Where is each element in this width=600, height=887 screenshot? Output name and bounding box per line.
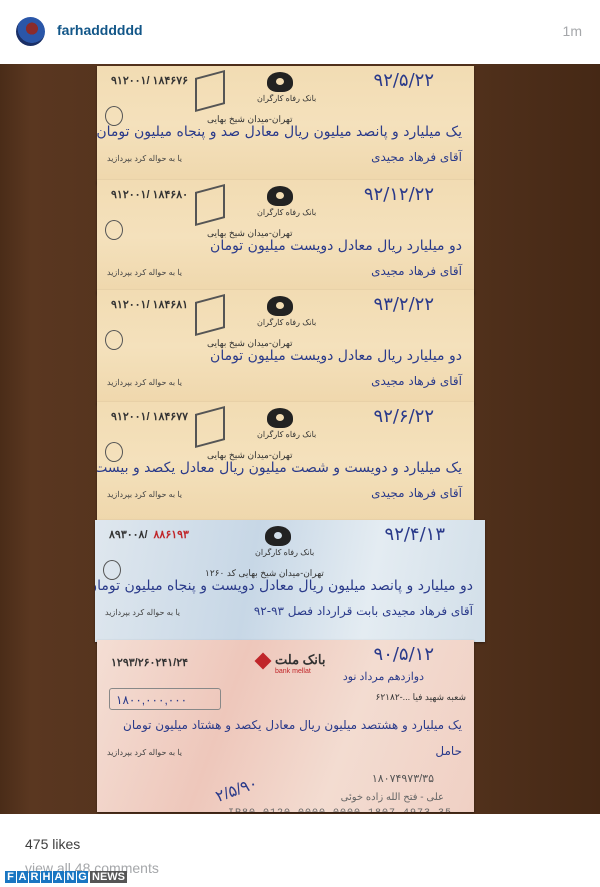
cheque-payee: آقای فرهاد مجیدی [371, 264, 462, 278]
watermark-letter: H [41, 871, 52, 883]
cheque-payee: آقای فرهاد مجیدی [371, 374, 462, 388]
cheque-amount-text: دو میلیارد ریال معادل دویست میلیون تومان [127, 238, 462, 254]
cheque-amount-text: یک میلیارد و هشتصد میلیون ریال معادل یکص… [127, 718, 462, 732]
bank-mellat-logo: بانک ملتbank mellat [257, 652, 325, 675]
cheque-branch: شعبه شهید فیا ...-۶۲۱۸۲ [376, 692, 467, 703]
cheque-5: ۸۹۳۰۰۸/۸۸۶۱۹۳ بانک رفاه کارگران ۹۲/۴/۱۳ … [95, 520, 485, 642]
post-footer: 475 likes view all 48 comments FARHANG N… [0, 814, 600, 887]
bank-emblem-logo [195, 70, 225, 112]
post-photo[interactable]: ۹۱۲۰۰۱/ ۱۸۴۶۷۶ بانک رفاه کارگران ۹۲/۵/۲۲… [0, 64, 600, 814]
watermark-letter: N [65, 871, 76, 883]
payee-label: یا به حواله کرد بپردازید [107, 748, 182, 757]
bank-name: بانک رفاه کارگران [257, 208, 316, 217]
cheque-6: ۱۲۹۳/۲۶۰۲۴۱/۲۴ بانک ملتbank mellat ۹۰/۵/… [97, 640, 474, 812]
iran-emblem-icon [105, 220, 123, 240]
bank-name: بانک رفاه کارگران [257, 94, 316, 103]
bank-name: بانک رفاه کارگران [257, 430, 316, 439]
bank-name: بانک رفاه کارگران [255, 548, 314, 557]
payee-label: یا به حواله کرد بپردازید [107, 268, 182, 277]
cheque-date: ۹۲/۴/۱۳ [385, 524, 445, 545]
cheque-serial: ۹۱۲۰۰۱/ ۱۸۴۶۸۰ [111, 188, 188, 201]
bank-emblem-logo [195, 406, 225, 448]
cheque-signature: ۲/۵/۹۰ [213, 773, 260, 807]
bank-refah-logo [267, 296, 293, 316]
cheque-owner: علی - فتح الله زاده خوئی [341, 792, 444, 803]
cheque-payee: آقای فرهاد مجیدی بابت قرارداد فصل ۹۳-۹۲ [254, 604, 473, 618]
bank-refah-logo [265, 526, 291, 546]
farhang-news-watermark: FARHANG NEWS [5, 871, 127, 883]
cheque-amount-text: دو میلیارد و پانصد میلیون ریال معادل دوی… [125, 578, 473, 594]
bank-refah-logo [267, 72, 293, 92]
payee-label: یا به حواله کرد بپردازید [107, 490, 182, 499]
watermark-letter: A [53, 871, 64, 883]
cheque-payee: حامل [435, 744, 462, 758]
watermark-letter: A [17, 871, 28, 883]
likes-count[interactable]: 475 likes [25, 836, 80, 852]
cheque-amount-box: ۱۸۰۰,۰۰۰,۰۰۰ [109, 688, 221, 710]
bank-emblem-logo [195, 184, 225, 226]
iran-emblem-icon [105, 330, 123, 350]
cheque-account-number: ۱۸۰۷۴۹۷۳/۳۵ [372, 772, 434, 785]
cheque-serial: ۸۹۳۰۰۸/۸۸۶۱۹۳ [109, 528, 189, 541]
cheque-iban: IR80 0120 0000 0000 1807 4973 35 [228, 808, 452, 812]
avatar[interactable] [16, 17, 45, 46]
username-link[interactable]: farhadddddd [57, 22, 143, 38]
cheque-date: ۹۰/۵/۱۲ [374, 644, 434, 665]
payee-label: یا به حواله کرد بپردازید [105, 608, 180, 617]
cheque-serial: ۹۱۲۰۰۱/ ۱۸۴۶۷۶ [111, 74, 188, 87]
cheque-serial: ۹۱۲۰۰۱/ ۱۸۴۶۷۷ [111, 410, 188, 423]
cheque-date: ۹۳/۲/۲۲ [374, 294, 434, 315]
watermark-letter: F [5, 871, 16, 883]
cheque-payee: آقای فرهاد مجیدی [371, 150, 462, 164]
cheque-amount-text: یک میلیارد و پانصد میلیون ریال معادل صد … [127, 124, 462, 140]
cheque-serial: ۹۱۲۰۰۱/ ۱۸۴۶۸۱ [111, 298, 188, 311]
cheque-date: ۹۲/۵/۲۲ [374, 70, 434, 91]
cheque-1: ۹۱۲۰۰۱/ ۱۸۴۶۷۶ بانک رفاه کارگران ۹۲/۵/۲۲… [97, 66, 474, 184]
iran-emblem-icon [105, 442, 123, 462]
bank-name: بانک رفاه کارگران [257, 318, 316, 327]
cheque-payee: آقای فرهاد مجیدی [371, 486, 462, 500]
bank-refah-logo [267, 408, 293, 428]
watermark-letter: G [77, 871, 88, 883]
payee-label: یا به حواله کرد بپردازید [107, 378, 182, 387]
bank-refah-logo [267, 186, 293, 206]
cheque-2: ۹۱۲۰۰۱/ ۱۸۴۶۸۰ بانک رفاه کارگران ۹۲/۱۲/۲… [97, 180, 474, 294]
payee-label: یا به حواله کرد بپردازید [107, 154, 182, 163]
cheque-amount-text: دو میلیارد ریال معادل دویست میلیون تومان [127, 348, 462, 364]
iran-emblem-icon [103, 560, 121, 580]
cheque-4: ۹۱۲۰۰۱/ ۱۸۴۶۷۷ بانک رفاه کارگران ۹۲/۶/۲۲… [97, 402, 474, 520]
cheque-date: ۹۲/۶/۲۲ [374, 406, 434, 427]
bank-emblem-logo [195, 294, 225, 336]
cheque-3: ۹۱۲۰۰۱/ ۱۸۴۶۸۱ بانک رفاه کارگران ۹۳/۲/۲۲… [97, 290, 474, 404]
cheque-date-words: دوازدهم مرداد نود [343, 670, 424, 683]
post-header: farhadddddd 1m [0, 0, 600, 64]
cheque-date: ۹۲/۱۲/۲۲ [364, 184, 434, 205]
cheque-serial: ۱۲۹۳/۲۶۰۲۴۱/۲۴ [111, 656, 188, 669]
post-time[interactable]: 1m [563, 23, 582, 39]
watermark-letter: R [29, 871, 40, 883]
iran-emblem-icon [105, 106, 123, 126]
cheque-amount-text: یک میلیارد و دویست و شصت میلیون ریال معا… [127, 460, 462, 476]
